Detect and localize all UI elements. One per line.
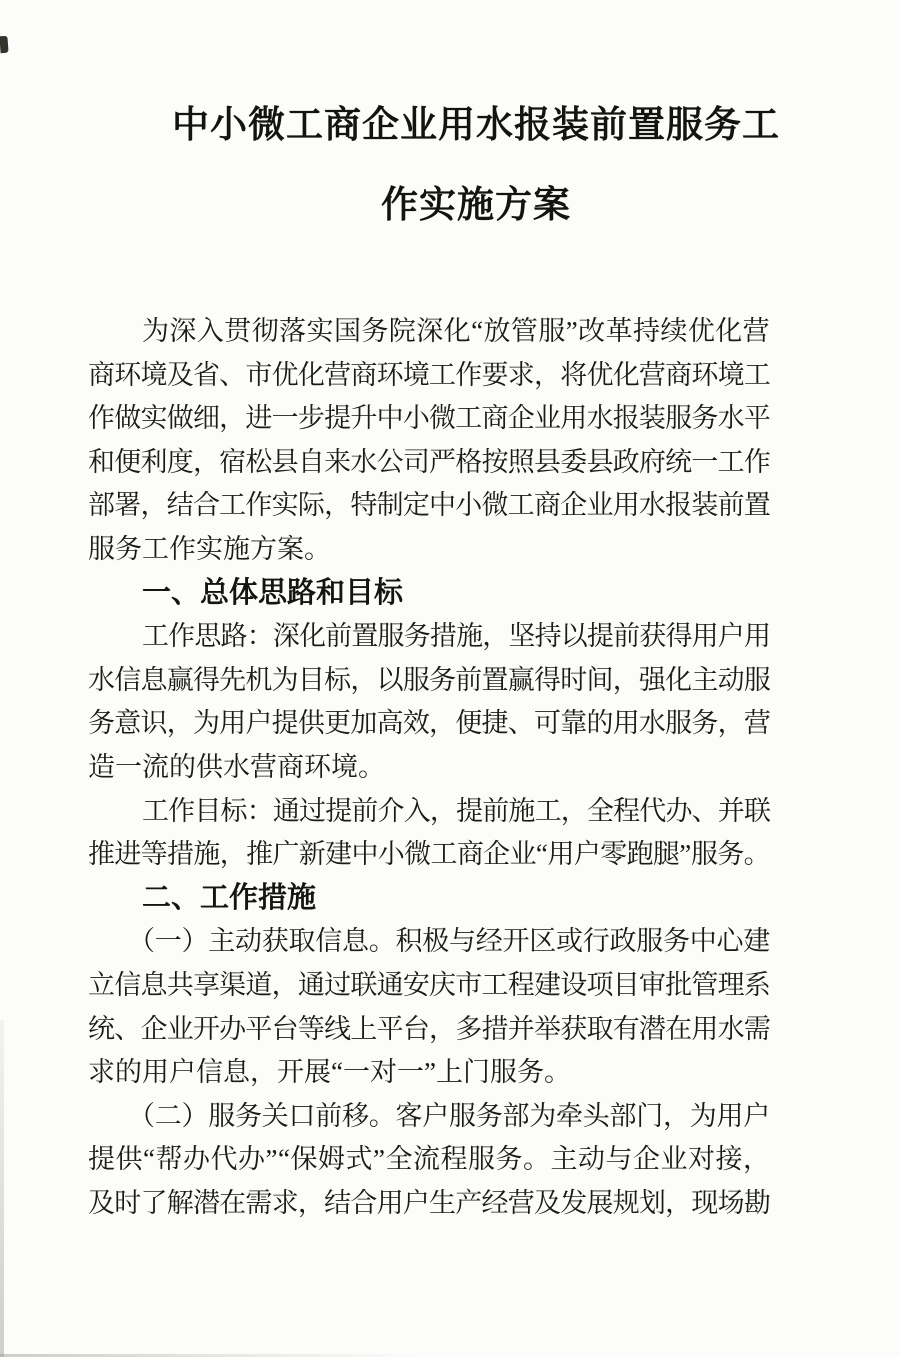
- paragraph-line: 统、企业开办平台等线上平台，多措并举获取有潜在用水需: [88, 1008, 770, 1052]
- paragraph-line: 部署，结合工作实际，特制定中小微工商企业用水报装前置: [88, 484, 770, 528]
- document-body: 为深入贯彻落实国务院深化“放管服”改革持续优化营 商环境及省、市优化营商环境工作…: [88, 310, 770, 1225]
- paragraph-line: （一）主动获取信息。积极与经开区或行政服务中心建: [88, 920, 770, 964]
- paragraph-line: 提供“帮办代办”“保姆式”全流程服务。主动与企业对接，: [88, 1138, 770, 1182]
- document-title-line: 作实施方案: [26, 166, 900, 246]
- paragraph-line: 服务工作实施方案。: [88, 528, 770, 572]
- paragraph-line: 求的用户信息，开展“一对一”上门服务。: [88, 1051, 770, 1095]
- paragraph-line: （二）服务关口前移。客户服务部为牵头部门，为用户: [88, 1095, 770, 1139]
- paragraph-line: 及时了解潜在需求，结合用户生产经营及发展规划，现场勘: [88, 1182, 770, 1226]
- section-heading: 二、工作措施: [88, 877, 770, 921]
- scan-artifact-left-edge: [0, 1020, 4, 1357]
- paragraph-line: 工作目标：通过提前介入，提前施工，全程代办、并联: [88, 790, 770, 834]
- section-heading: 一、总体思路和目标: [88, 572, 770, 616]
- paragraph-line: 作做实做细，进一步提升中小微工商企业用水报装服务水平: [88, 397, 770, 441]
- paragraph-line: 和便利度，宿松县自来水公司严格按照县委县政府统一工作: [88, 441, 770, 485]
- paragraph-line: 水信息赢得先机为目标，以服务前置赢得时间，强化主动服: [88, 659, 770, 703]
- paragraph-line: 务意识，为用户提供更加高效，便捷、可靠的用水服务，营: [88, 702, 770, 746]
- paragraph-line: 商环境及省、市优化营商环境工作要求，将优化营商环境工: [88, 354, 770, 398]
- paragraph-line: 推进等措施，推广新建中小微工商企业“用户零跑腿”服务。: [88, 833, 770, 877]
- document-title-line: 中小微工商企业用水报装前置服务工: [26, 86, 900, 166]
- paragraph-line: 为深入贯彻落实国务院深化“放管服”改革持续优化营: [88, 310, 770, 354]
- paragraph-line: 造一流的供水营商环境。: [88, 746, 770, 790]
- paragraph-line: 工作思路：深化前置服务措施，坚持以提前获得用户用: [88, 615, 770, 659]
- paragraph-line: 立信息共享渠道，通过联通安庆市工程建设项目审批管理系: [88, 964, 770, 1008]
- document-title: 中小微工商企业用水报装前置服务工 作实施方案: [26, 86, 900, 246]
- document-page: 中小微工商企业用水报装前置服务工 作实施方案 为深入贯彻落实国务院深化“放管服”…: [0, 0, 900, 1357]
- scan-artifact-mark: [0, 36, 9, 54]
